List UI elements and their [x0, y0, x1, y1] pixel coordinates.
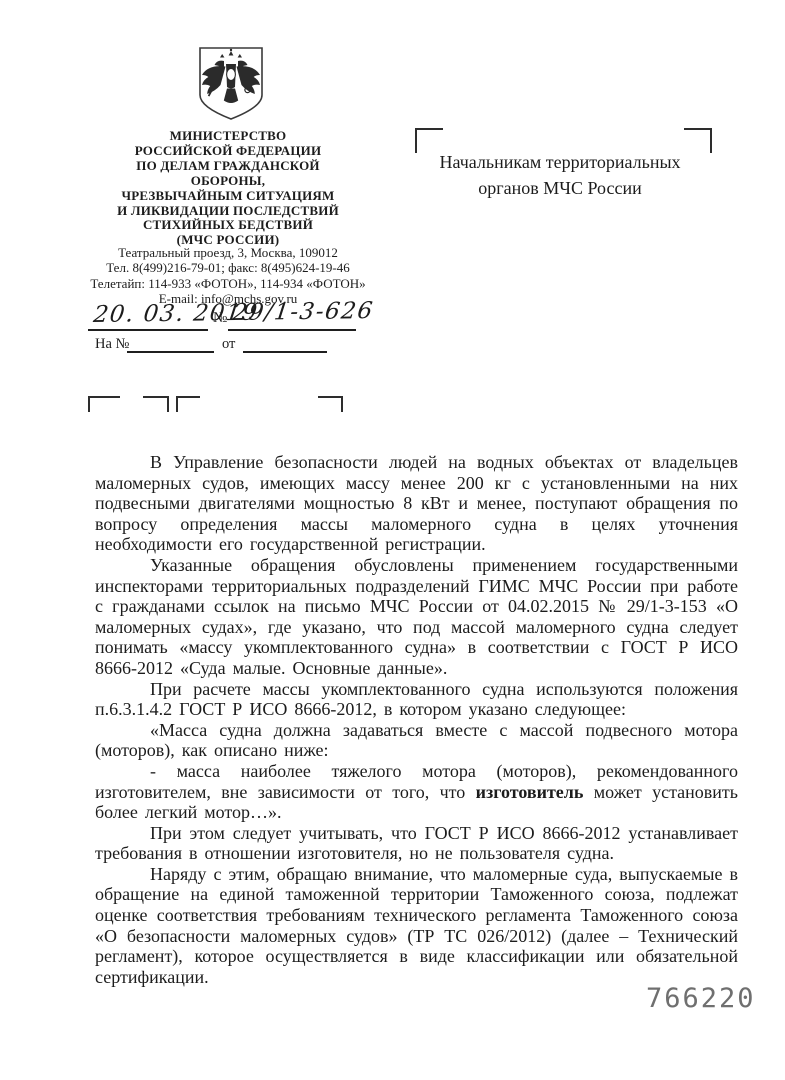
- addressee-line: органов МЧС России: [420, 175, 700, 201]
- phone-line: Тел. 8(499)216-79-01; факс: 8(495)624-19…: [72, 260, 384, 275]
- paragraph: При этом следует учитывать, что ГОСТ Р И…: [95, 823, 738, 864]
- ministry-name-block: МИНИСТЕРСТВО РОССИЙСКОЙ ФЕДЕРАЦИИ ПО ДЕЛ…: [103, 129, 353, 248]
- corner-mark: [176, 396, 200, 412]
- number-sign-label: №: [213, 310, 227, 327]
- addressee-line: Начальникам территориальных: [420, 149, 700, 175]
- coat-of-arms-icon: [190, 44, 272, 124]
- ref-date-underline: [243, 351, 327, 353]
- registration-stamp-number: 766220: [646, 983, 756, 1014]
- teletype-line: Телетайп: 114-933 «ФОТОН», 114-934 «ФОТО…: [72, 276, 384, 291]
- ministry-line: И ЛИКВИДАЦИИ ПОСЛЕДСТВИЙ: [103, 204, 353, 219]
- corner-mark: [143, 396, 169, 412]
- paragraph: Наряду с этим, обращаю внимание, что мал…: [95, 864, 738, 988]
- ref-number-underline: [127, 351, 214, 353]
- paragraph: - масса наиболее тяжелого мотора (моторо…: [95, 761, 738, 823]
- ref-ot-label: от: [222, 336, 235, 353]
- ministry-line: ПО ДЕЛАМ ГРАЖДАНСКОЙ ОБОРОНЫ,: [103, 159, 353, 189]
- paragraph: Указанные обращения обусловлены применен…: [95, 555, 738, 679]
- handwritten-doc-number: 29/1-3-626: [231, 298, 375, 326]
- paragraph: «Масса судна должна задаваться вместе с …: [95, 720, 738, 761]
- ref-na-label: На №: [95, 336, 129, 353]
- scanned-letter-page: МИНИСТЕРСТВО РОССИЙСКОЙ ФЕДЕРАЦИИ ПО ДЕЛ…: [0, 0, 785, 1080]
- ministry-line: ЧРЕЗВЫЧАЙНЫМ СИТУАЦИЯМ: [103, 189, 353, 204]
- date-underline: [88, 329, 208, 331]
- addressee-block: Начальникам территориальных органов МЧС …: [420, 149, 700, 201]
- contact-info-block: Театральный проезд, 3, Москва, 109012 Те…: [72, 245, 384, 307]
- doc-number-underline: [228, 329, 356, 331]
- paragraph: При расчете массы укомплектованного судн…: [95, 679, 738, 720]
- ministry-line: РОССИЙСКОЙ ФЕДЕРАЦИИ: [103, 144, 353, 159]
- letter-body: В Управление безопасности людей на водны…: [95, 452, 738, 987]
- ministry-line: СТИХИЙНЫХ БЕДСТВИЙ: [103, 218, 353, 233]
- ministry-line: МИНИСТЕРСТВО: [103, 129, 353, 144]
- address-line: Театральный проезд, 3, Москва, 109012: [72, 245, 384, 260]
- corner-mark: [88, 396, 120, 412]
- bold-term: изготовитель: [476, 782, 584, 802]
- paragraph: В Управление безопасности людей на водны…: [95, 452, 738, 555]
- corner-mark: [318, 396, 343, 412]
